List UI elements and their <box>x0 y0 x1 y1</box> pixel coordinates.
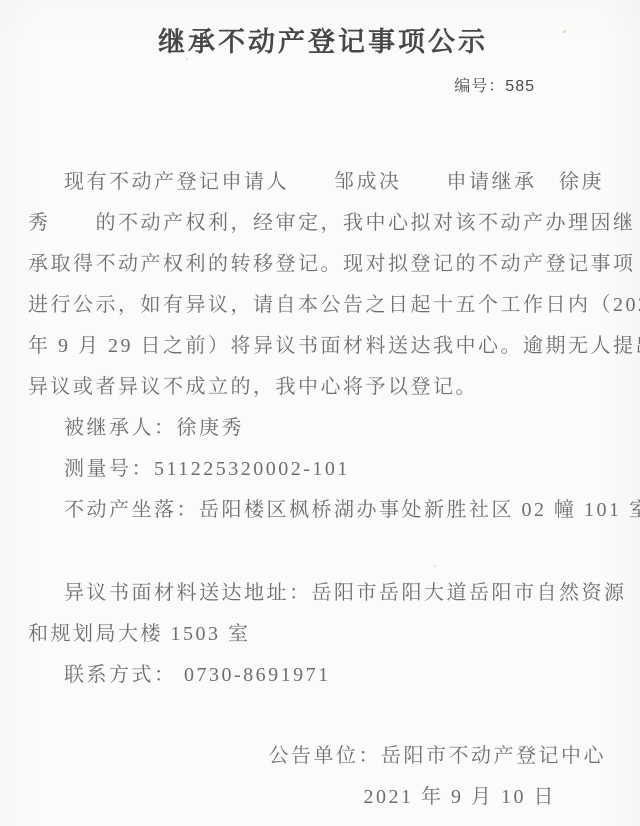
section-gap <box>28 531 618 573</box>
paragraph-line: 秀 的不动产权利，经审定，我中心拟对该不动产办理因继 <box>28 203 618 244</box>
paragraph-line: 进行公示，如有异议，请自本公告之日起十五个工作日内（2021 <box>28 285 618 326</box>
notice-body: 现有不动产登记申请人 邹成决 申请继承 徐庚 秀 的不动产权利，经审定，我中心拟… <box>28 162 618 696</box>
field-survey-number: 测量号：511225320002-101 <box>28 449 618 490</box>
scan-speck <box>434 565 436 567</box>
field-property-location: 不动产坐落：岳阳楼区枫桥湖办事处新胜社区 02 幢 101 室 <box>28 490 618 531</box>
paragraph-line: 承取得不动产权利的转移登记。现对拟登记的不动产登记事项 <box>28 244 618 285</box>
scanned-notice-page: 继承不动产登记事项公示 编号：585 现有不动产登记申请人 邹成决 申请继承 徐… <box>0 0 640 826</box>
page-title: 继承不动产登记事项公示 <box>28 0 618 58</box>
footer-date: 2021 年 9 月 10 日 <box>28 777 618 818</box>
scan-speck <box>186 58 188 60</box>
notice-paragraph: 现有不动产登记申请人 邹成决 申请继承 徐庚 秀 的不动产权利，经审定，我中心拟… <box>28 162 618 408</box>
paragraph-line: 年 9 月 29 日之前）将异议书面材料送达我中心。逾期无人提出 <box>28 326 618 367</box>
footer-issuing-unit: 公告单位：岳阳市不动产登记中心 <box>28 736 618 777</box>
field-decedent: 被继承人：徐庚秀 <box>28 408 618 449</box>
notice-fields: 被继承人：徐庚秀 测量号：511225320002-101 不动产坐落：岳阳楼区… <box>28 408 618 531</box>
contact-line: 联系方式： 0730-8691971 <box>28 655 618 696</box>
scan-speck <box>563 30 566 33</box>
paragraph-line: 现有不动产登记申请人 邹成决 申请继承 徐庚 <box>28 162 618 203</box>
delivery-info: 异议书面材料送达地址：岳阳市岳阳大道岳阳市自然资源 和规划局大楼 1503 室 … <box>28 573 618 696</box>
notice-document: 继承不动产登记事项公示 编号：585 现有不动产登记申请人 邹成决 申请继承 徐… <box>0 0 640 818</box>
notice-footer: 公告单位：岳阳市不动产登记中心 2021 年 9 月 10 日 <box>28 736 618 818</box>
paragraph-line: 异议或者异议不成立的，我中心将予以登记。 <box>28 367 618 408</box>
delivery-address-line-2: 和规划局大楼 1503 室 <box>28 614 618 655</box>
doc-number: 编号：585 <box>28 73 618 96</box>
delivery-address-line-1: 异议书面材料送达地址：岳阳市岳阳大道岳阳市自然资源 <box>28 573 618 614</box>
